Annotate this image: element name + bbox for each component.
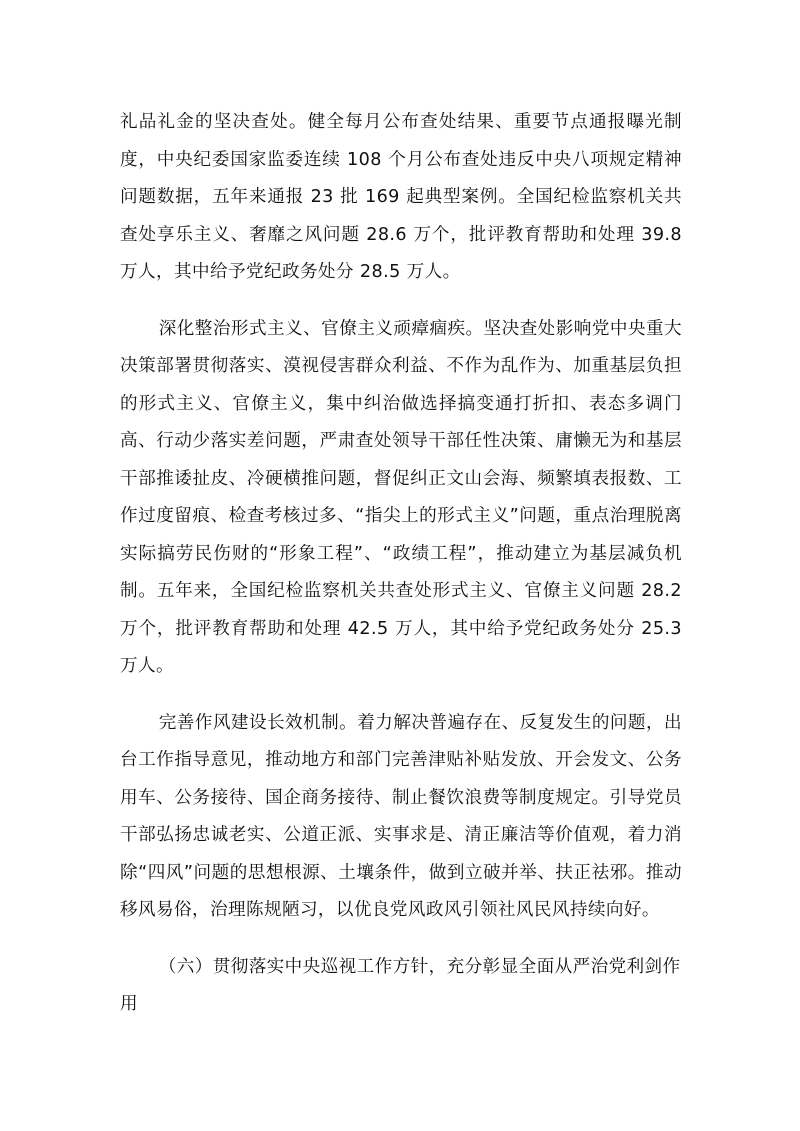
section-heading: （六）贯彻落实中央巡视工作方针，充分彰显全面从严治党利剑作用 — [120, 949, 682, 1024]
paragraph-long-term-mechanism: 完善作风建设长效机制。着力解决普遍存在、反复发生的问题，出台工作指导意见，推动地… — [120, 705, 682, 930]
paragraph-misconduct-statistics: 礼品礼金的坚决查处。健全每月公布查处结果、重要节点通报曝光制度，中央纪委国家监委… — [120, 104, 682, 292]
paragraph-formalism-bureaucratism: 深化整治形式主义、官僚主义顽瘴痼疾。坚决查处影响党中央重大决策部署贯彻落实、漠视… — [120, 311, 682, 686]
document-page: 礼品礼金的坚决查处。健全每月公布查处结果、重要节点通报曝光制度，中央纪委国家监委… — [120, 104, 682, 1024]
